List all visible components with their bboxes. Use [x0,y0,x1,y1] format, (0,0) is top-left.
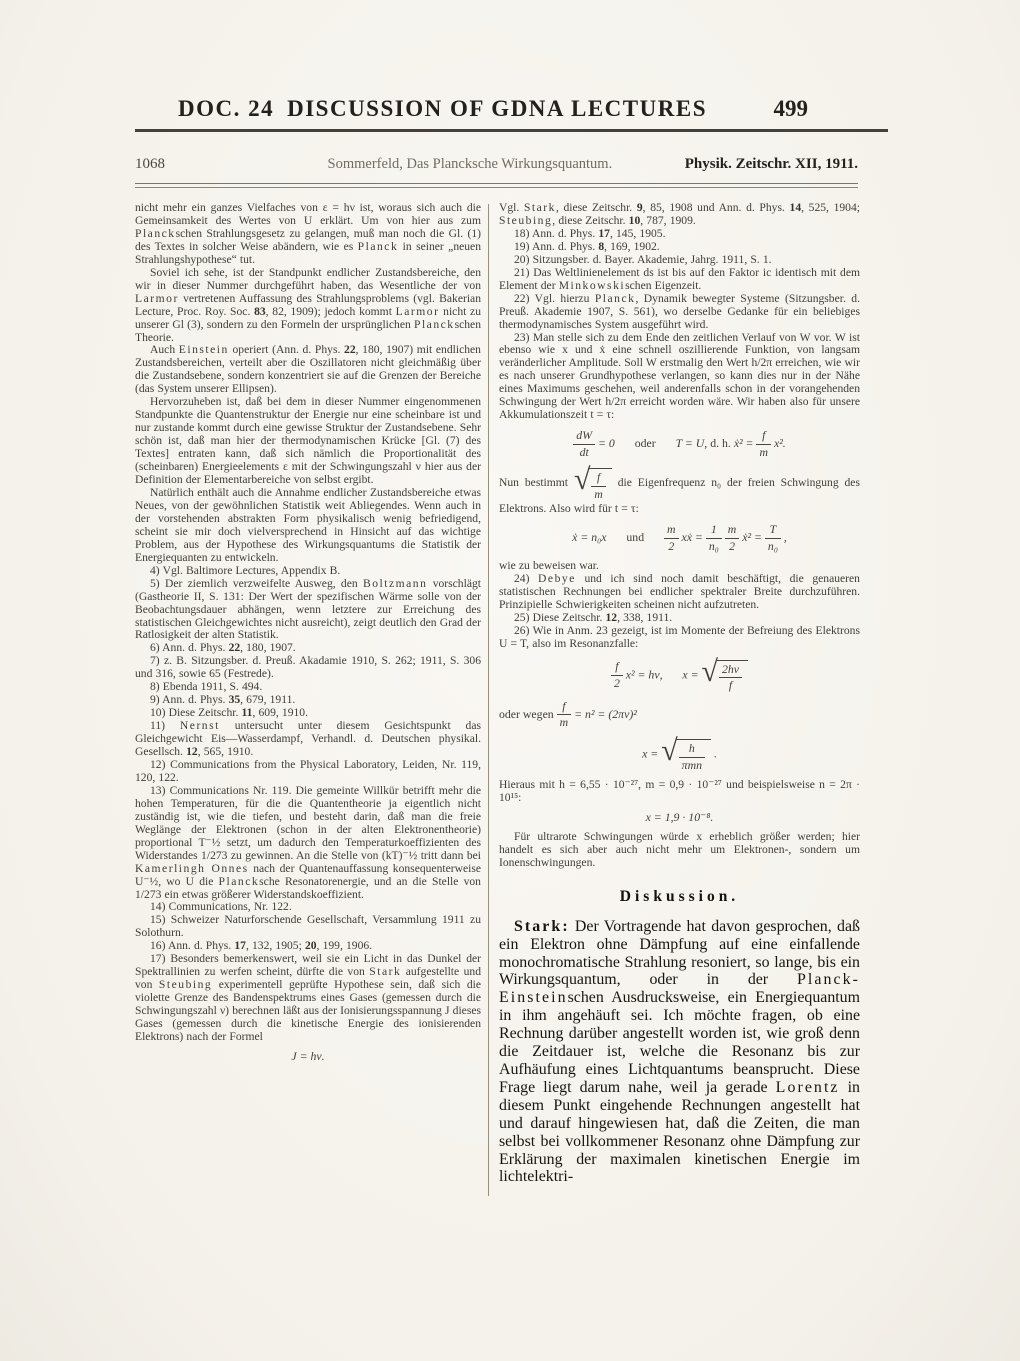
book-page-number: 499 [774,96,809,122]
stark-statement: Der Vortragende hat davon gesprochen, da… [499,918,860,1186]
formula-oder-wegen: oder wegen fm = n² = (2πν)² [499,700,860,730]
book-running-head: DOC. 24 DISCUSSION OF GDNA LECTURES 499 [135,96,860,122]
footnote-17-continuation: Vgl. Stark, diese Zeitschr. 9, 85, 1908 … [499,202,860,228]
ultrarot-paragraph: Für ultrarote Schwingungen würde x erheb… [499,831,860,870]
formula-resonance: f2 x² = hν, x = √2hνf [499,658,860,693]
formula-virial: ẋ = n₀x und m2 xẋ = 1n₀ m2 ẋ² = Tn₀ , [499,523,860,553]
journal-header: 1068 Sommerfeld, Das Plancksche Wirkungs… [135,156,858,173]
fraction-dw-dt: dWdt [573,429,595,459]
left-column: nicht mehr ein ganzes Vielfaches von ε =… [135,202,481,1070]
formula-ionization: J = hν. [135,1051,481,1063]
footnote-21: 21) Das Weltlinienelement ds ist bis auf… [499,267,860,293]
footnote-17: 17) Besonders bemerkenswert, weil sie ei… [135,953,481,1044]
discussion-heading: Diskussion. [499,888,860,906]
column-divider-rule [488,204,489,1196]
main-paragraph-3: Auch Einstein operiert (Ann. d. Phys. 22… [135,344,481,396]
formula-ionization-body: J = hν. [291,1049,324,1063]
main-paragraph-4: Hervorzuheben ist, daß bei dem in dieser… [135,396,481,487]
sqrt-f-over-m: √fm [574,466,612,501]
main-paragraph-1: nicht mehr ein ganzes Vielfaches von ε =… [135,202,481,267]
right-column: Vgl. Stark, diese Zeitschr. 9, 85, 1908 … [499,202,860,1186]
fraction-f-m: fm [756,429,771,459]
footnote-18: 18) Ann. d. Phys. 17, 145, 1905. [499,228,860,241]
footnote-15: 15) Schweizer Naturforschende Gesellscha… [135,914,481,940]
stark-paragraph: Stark: Der Vortragende hat davon gesproc… [499,918,860,1187]
footnote-24: 24) Debye und ich sind noch damit beschä… [499,573,860,612]
footnote-12: 12) Communications from the Physical Lab… [135,759,481,785]
document-title: DOC. 24 DISCUSSION OF GDNA LECTURES [135,96,860,122]
eigenfrequency-sentence: Nun bestimmt √fm die Eigenfrequenz n₀ de… [499,466,860,516]
footnote-7: 7) z. B. Sitzungsber. d. Preuß. Akadamie… [135,655,481,681]
journal-citation: Physik. Zeitschr. XII, 1911. [685,156,858,173]
footnote-5: 5) Der ziemlich verzweifelte Ausweg, den… [135,578,481,643]
footnote-4: 4) Vgl. Baltimore Lectures, Appendix B. [135,565,481,578]
footnote-25: 25) Diese Zeitschr. 12, 338, 1911. [499,612,860,625]
footnote-13: 13) Communications Nr. 119. Die gemeinte… [135,785,481,902]
footnote-19: 19) Ann. d. Phys. 8, 169, 1902. [499,241,860,254]
main-paragraph-2: Soviel ich sehe, ist der Standpunkt endl… [135,267,481,345]
hieraus-line: Hieraus mit h = 6,55 · 10⁻²⁷, m = 0,9 · … [499,779,860,805]
speaker-name: Stark: [514,918,570,935]
formula-amplitude: x = √hπmn . [499,737,860,772]
journal-page-number: 1068 [135,156,255,173]
formula-numeric-result: x = 1,9 · 10⁻⁸. [499,812,860,824]
footnote-11: 11) Nernst untersucht unter diesem Gesic… [135,720,481,759]
journal-header-rule [135,183,858,188]
scanned-paper-page: DOC. 24 DISCUSSION OF GDNA LECTURES 499 … [0,0,1020,1361]
sqrt-2hnu-f: √2hνf [702,658,749,693]
formula-dwdt: dWdt = 0 oder T = U, d. h. ẋ² = fm x². [499,429,860,459]
running-head-rule [135,129,888,132]
footnote-20: 20) Sitzungsber. d. Bayer. Akademie, Jah… [499,254,860,267]
footnote-22: 22) Vgl. hierzu Planck, Dynamik bewegter… [499,293,860,332]
main-paragraph-5: Natürlich enthält auch die Annahme endli… [135,487,481,565]
journal-running-title: Sommerfeld, Das Plancksche Wirkungsquant… [255,156,685,173]
footnote-23: 23) Man stelle sich zu dem Ende den zeit… [499,332,860,423]
sqrt-h-pimn: √hπmn [661,737,711,772]
footnote-26: 26) Wie in Anm. 23 gezeigt, ist im Momen… [499,625,860,651]
